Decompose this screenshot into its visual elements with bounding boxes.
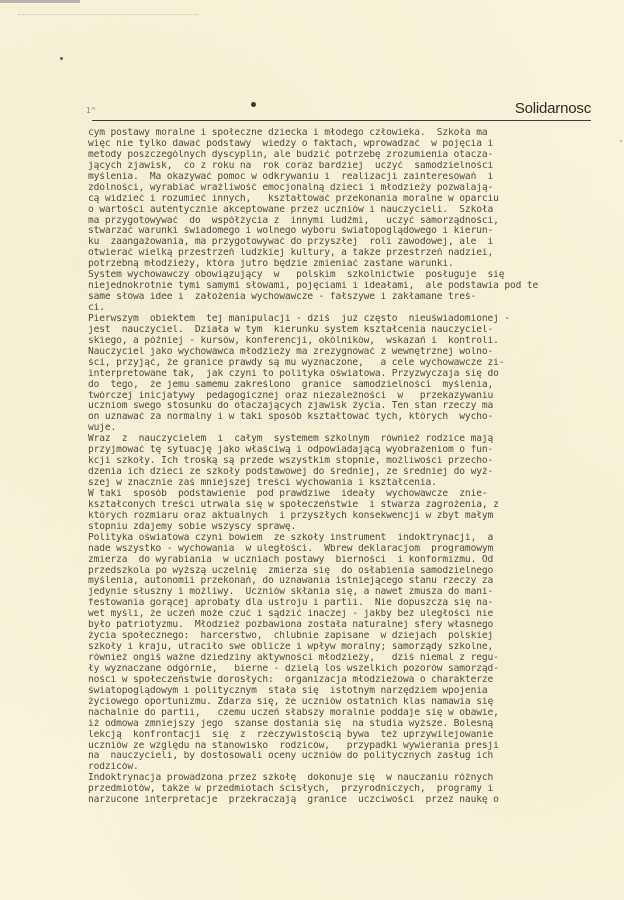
- text-line: ności w społeczeństwie dorosłych: organi…: [88, 675, 590, 686]
- text-line: ści, przyjąć, że granice prawdy są mu wy…: [88, 358, 590, 369]
- text-line: przedszkola po wyższą uczelnię zmierza s…: [88, 566, 590, 577]
- scan-speck: [60, 57, 63, 60]
- text-line: kcji szkoły. Ich troską są przede wszyst…: [88, 456, 590, 467]
- text-line: W taki sposób podstawienie pod prawdziwe…: [88, 489, 590, 500]
- text-line: uczniów ze względu na stanowisko rodzicó…: [88, 741, 590, 752]
- text-line: Pierwszym obiektem tej manipulacji - dzi…: [88, 314, 590, 325]
- text-line: myślenia, autonomii przekonań, do uznawa…: [88, 576, 590, 587]
- text-line: same słowa idee i założenia wychowawcze …: [88, 292, 590, 303]
- text-line: lekcją konfrontacji się z rzeczywistości…: [88, 730, 590, 741]
- text-line: kształconych treści utrwala się w społec…: [88, 500, 590, 511]
- text-line: nachalnie do partii, czemu uczeń słabszy…: [88, 708, 590, 719]
- text-line: światopoglądowym i politycznym stała się…: [88, 686, 590, 697]
- text-line: więc nie tylko dawać podstawy wiedzy o f…: [88, 139, 590, 150]
- scan-speck: [620, 140, 622, 142]
- text-line: stwarzać warunki świadomego i wolnego wy…: [88, 226, 590, 237]
- text-line: było patriotyzmu. Młodzież pozbawiona zo…: [88, 620, 590, 631]
- text-line: uczniom swego stosunku do otaczających z…: [88, 401, 590, 412]
- text-line: on uznawać za normalny i w taki sposób k…: [88, 412, 590, 423]
- scanned-page: 1^ Solidarnosc cym postawy moralne i spo…: [0, 0, 624, 900]
- text-line: zdolności, wyrabiać wrażliwość emocjonal…: [88, 183, 590, 194]
- scan-edge-shadow: [0, 0, 80, 3]
- header-divider: [92, 120, 591, 121]
- text-line: Wraz z nauczycielem i całym systemem szk…: [88, 434, 590, 445]
- text-line: Polityka oświatowa czyni bowiem ze szkoł…: [88, 533, 590, 544]
- text-line: ma przygotowywać do współżycia z innymi …: [88, 216, 590, 227]
- text-line: ku zaangażowania, ma przygotowywać do pr…: [88, 237, 590, 248]
- text-line: szkoły i kraju, utraciło swe oblicze i w…: [88, 642, 590, 653]
- text-line: życiowego oportunizmu. Zdarza się, że uc…: [88, 697, 590, 708]
- text-line: Indoktrynacja prowadzona przez szkołę do…: [88, 773, 590, 784]
- text-line: dzenia ich dzieci ze szkoły podstawowej …: [88, 467, 590, 478]
- text-line: twórczej inicjatywy pedagogicznej oraz n…: [88, 391, 590, 402]
- text-line: metody poszczególnych dyscyplin, ale bud…: [88, 150, 590, 161]
- text-line: niejednokrotnie tymi samymi słowami, poj…: [88, 281, 590, 292]
- text-line: cym postawy moralne i społeczne dziecka …: [88, 128, 590, 139]
- text-line: narzucone interpretacje przekraczają gra…: [88, 795, 590, 806]
- text-line: otwierać wielką przestrzeń ludzkiej kult…: [88, 248, 590, 259]
- text-line: również ongiś ważne dziedziny aktywności…: [88, 653, 590, 664]
- text-line: wuje.: [88, 423, 590, 434]
- text-line: na nauczycieli, by dostosowali oceny ucz…: [88, 751, 590, 762]
- text-line: stopniu zdajemy sobie wszyscy sprawę.: [88, 522, 590, 533]
- text-line: zmierza do wyrabiania w uczniach postawy…: [88, 555, 590, 566]
- text-line: festowania gorącej aprobaty dla ustroju …: [88, 598, 590, 609]
- text-line: myślenia. Ma okazywać pomoc w odkrywaniu…: [88, 172, 590, 183]
- text-line: nade wszystko - wychowania w uległości. …: [88, 544, 590, 555]
- text-line: iż odmowa zmniejszy jego szanse dostania…: [88, 719, 590, 730]
- text-line: przyjmować tę sytuację jako właściwą i o…: [88, 445, 590, 456]
- masthead-title: Solidarnosc: [515, 100, 591, 117]
- text-line: skiego, a później - kursów, konferencji,…: [88, 336, 590, 347]
- document-body: cym postawy moralne i społeczne dziecka …: [88, 128, 590, 806]
- text-line: ci.: [88, 303, 590, 314]
- text-line: Nauczyciel jako wychowawca młodzieży ma …: [88, 347, 590, 358]
- text-line: interpretowane tak, jak czyni to polityk…: [88, 369, 590, 380]
- text-line: System wychowawczy obowiązujący w polski…: [88, 270, 590, 281]
- ink-dot: [251, 102, 256, 107]
- text-line: jedynie słuszny i możliwy. Uczniów skłan…: [88, 587, 590, 598]
- page-header: 1^ Solidarnosc: [86, 96, 591, 124]
- text-line: potrzebną młodzieży, która jutro będzie …: [88, 259, 590, 270]
- text-line: ły wyznaczane odgórnie, bierne - dzielą …: [88, 664, 590, 675]
- text-line: szej w znacznie zaś mniejszej treści wyc…: [88, 478, 590, 489]
- text-line: jest nauczyciel. Działa w tym kierunku s…: [88, 325, 590, 336]
- scan-noise: [18, 14, 198, 17]
- text-line: życia społecznego: harcerstwo, chlubnie …: [88, 631, 590, 642]
- text-line: cą widzieć i rozumieć innych, kształtowa…: [88, 194, 590, 205]
- text-line: których rozmiaru oraz aktualnych i przys…: [88, 511, 590, 522]
- text-line: o wartości autentycznie akceptowane prze…: [88, 205, 590, 216]
- text-line: przedmiotów, także w przedmiotach ścisły…: [88, 784, 590, 795]
- text-line: do tego, że jemu samemu zakreślono grani…: [88, 380, 590, 391]
- text-line: jących zjawisk, co z roku na rok coraz b…: [88, 161, 590, 172]
- text-line: wet myśli, że uczeń może czuć i sądzić i…: [88, 609, 590, 620]
- page-number: 1^: [86, 106, 96, 115]
- text-line: rodziców.: [88, 762, 590, 773]
